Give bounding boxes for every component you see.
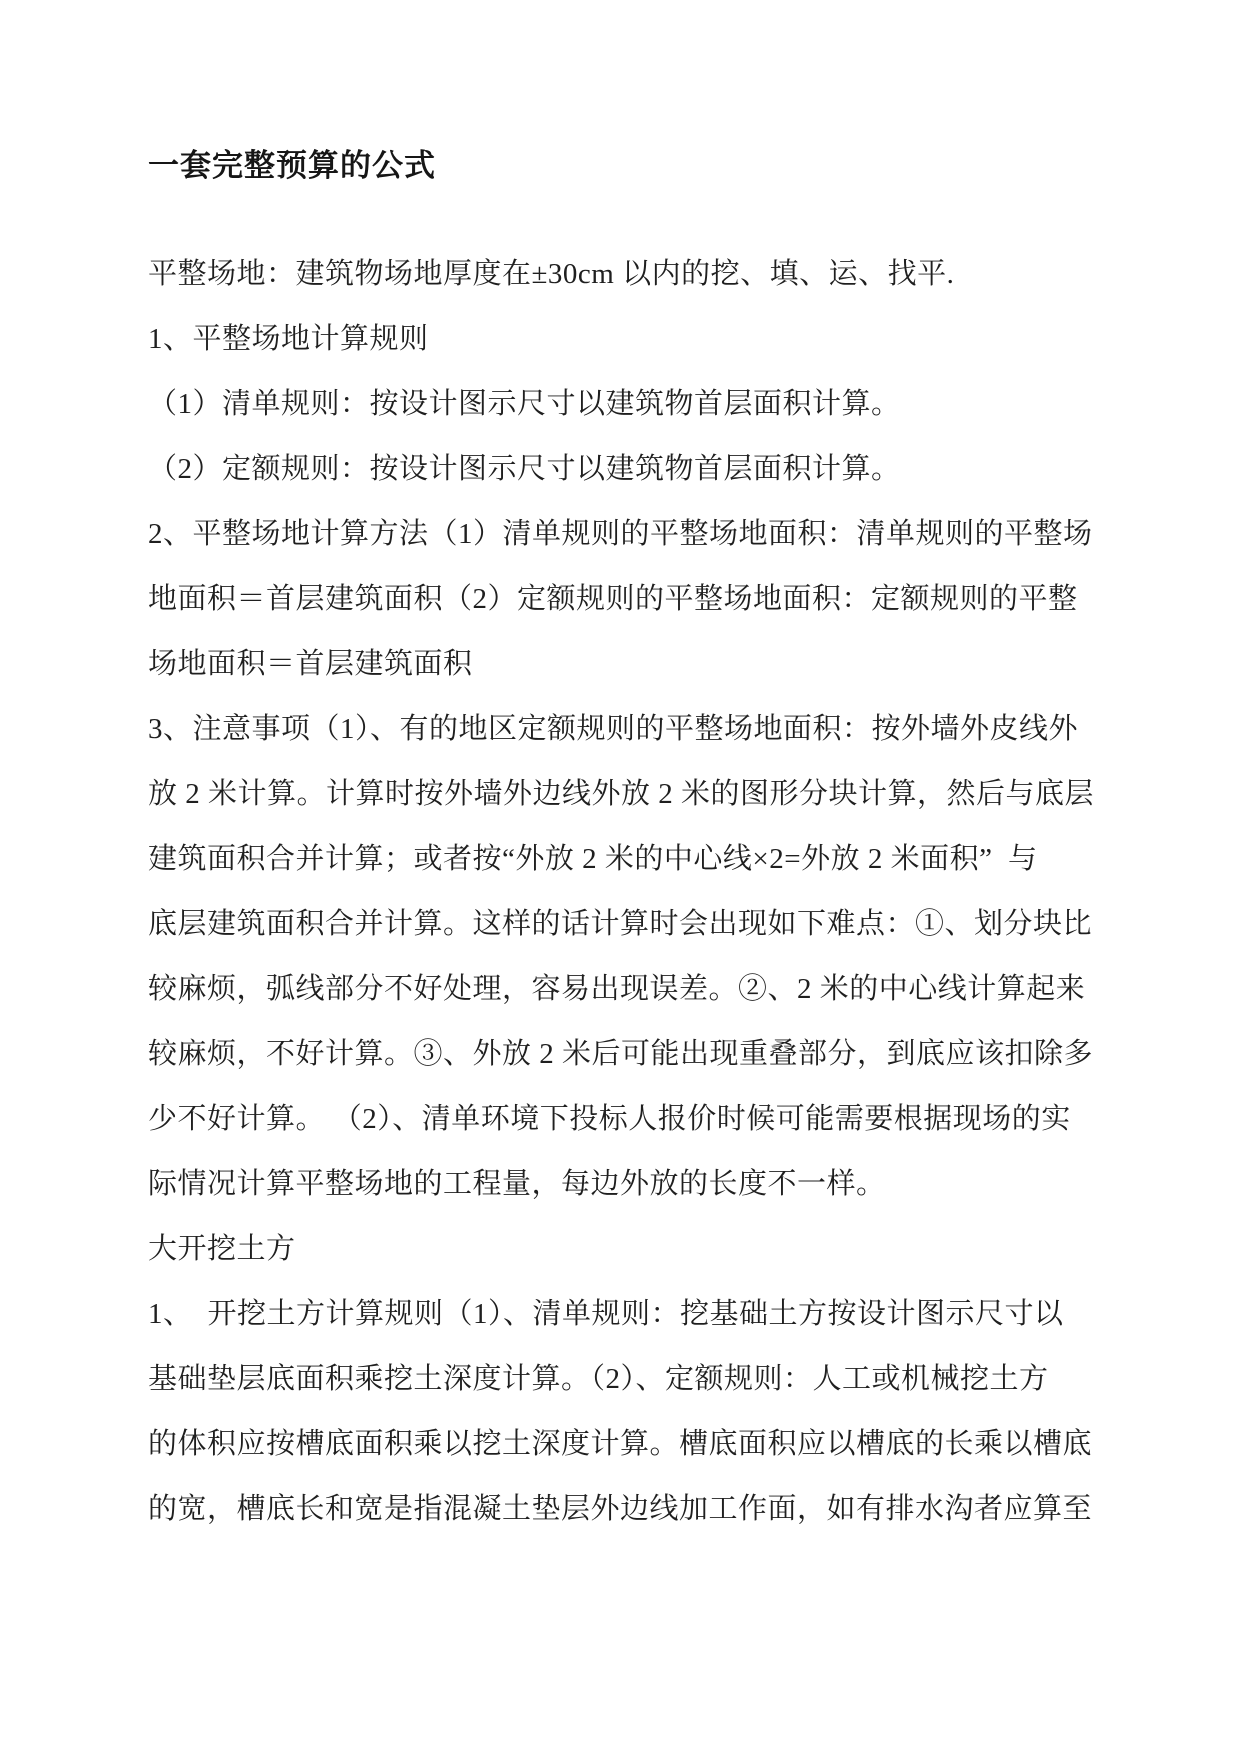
document-page: 一套完整预算的公式 平整场地：建筑物场地厚度在±30cm 以内的挖、填、运、找平…	[0, 0, 1240, 1753]
text-line: 1、平整场地计算规则	[148, 307, 1098, 372]
text-line: 的体积应按槽底面积乘以挖土深度计算。槽底面积应以槽底的长乘以槽底	[148, 1412, 1098, 1477]
text-line: 1、 开挖土方计算规则（1）、清单规则：挖基础土方按设计图示尺寸以	[148, 1282, 1098, 1347]
text-line: （2）定额规则：按设计图示尺寸以建筑物首层面积计算。	[148, 437, 1098, 502]
text-line: 的宽，槽底长和宽是指混凝土垫层外边线加工作面，如有排水沟者应算至	[148, 1477, 1098, 1542]
document-title: 一套完整预算的公式	[148, 140, 1098, 192]
text-line: 较麻烦，不好计算。③、外放 2 米后可能出现重叠部分，到底应该扣除多	[148, 1022, 1098, 1087]
text-line: 少不好计算。 （2）、清单环境下投标人报价时候可能需要根据现场的实	[148, 1087, 1098, 1152]
text-line: 地面积＝首层建筑面积（2）定额规则的平整场地面积：定额规则的平整	[148, 567, 1098, 632]
document-lines: 平整场地：建筑物场地厚度在±30cm 以内的挖、填、运、找平. 1、平整场地计算…	[148, 242, 1098, 1542]
text-line: 基础垫层底面积乘挖土深度计算。（2）、定额规则：人工或机械挖土方	[148, 1347, 1098, 1412]
text-line: 3、注意事项（1）、有的地区定额规则的平整场地面积：按外墙外皮线外	[148, 697, 1098, 762]
text-line: 建筑面积合并计算；或者按“外放 2 米的中心线×2=外放 2 米面积” 与	[148, 827, 1098, 892]
text-line: 大开挖土方	[148, 1217, 1098, 1282]
document-content: 一套完整预算的公式 平整场地：建筑物场地厚度在±30cm 以内的挖、填、运、找平…	[148, 0, 1098, 1542]
text-line: 底层建筑面积合并计算。这样的话计算时会出现如下难点：①、划分块比	[148, 892, 1098, 957]
text-line: 较麻烦，弧线部分不好处理，容易出现误差。②、2 米的中心线计算起来	[148, 957, 1098, 1022]
text-line: 2、平整场地计算方法（1）清单规则的平整场地面积：清单规则的平整场	[148, 502, 1098, 567]
text-line: 放 2 米计算。计算时按外墙外边线外放 2 米的图形分块计算，然后与底层	[148, 762, 1098, 827]
text-line: 际情况计算平整场地的工程量，每边外放的长度不一样。	[148, 1152, 1098, 1217]
text-line: 场地面积＝首层建筑面积	[148, 632, 1098, 697]
text-line: 平整场地：建筑物场地厚度在±30cm 以内的挖、填、运、找平.	[148, 242, 1098, 307]
text-line: （1）清单规则：按设计图示尺寸以建筑物首层面积计算。	[148, 372, 1098, 437]
